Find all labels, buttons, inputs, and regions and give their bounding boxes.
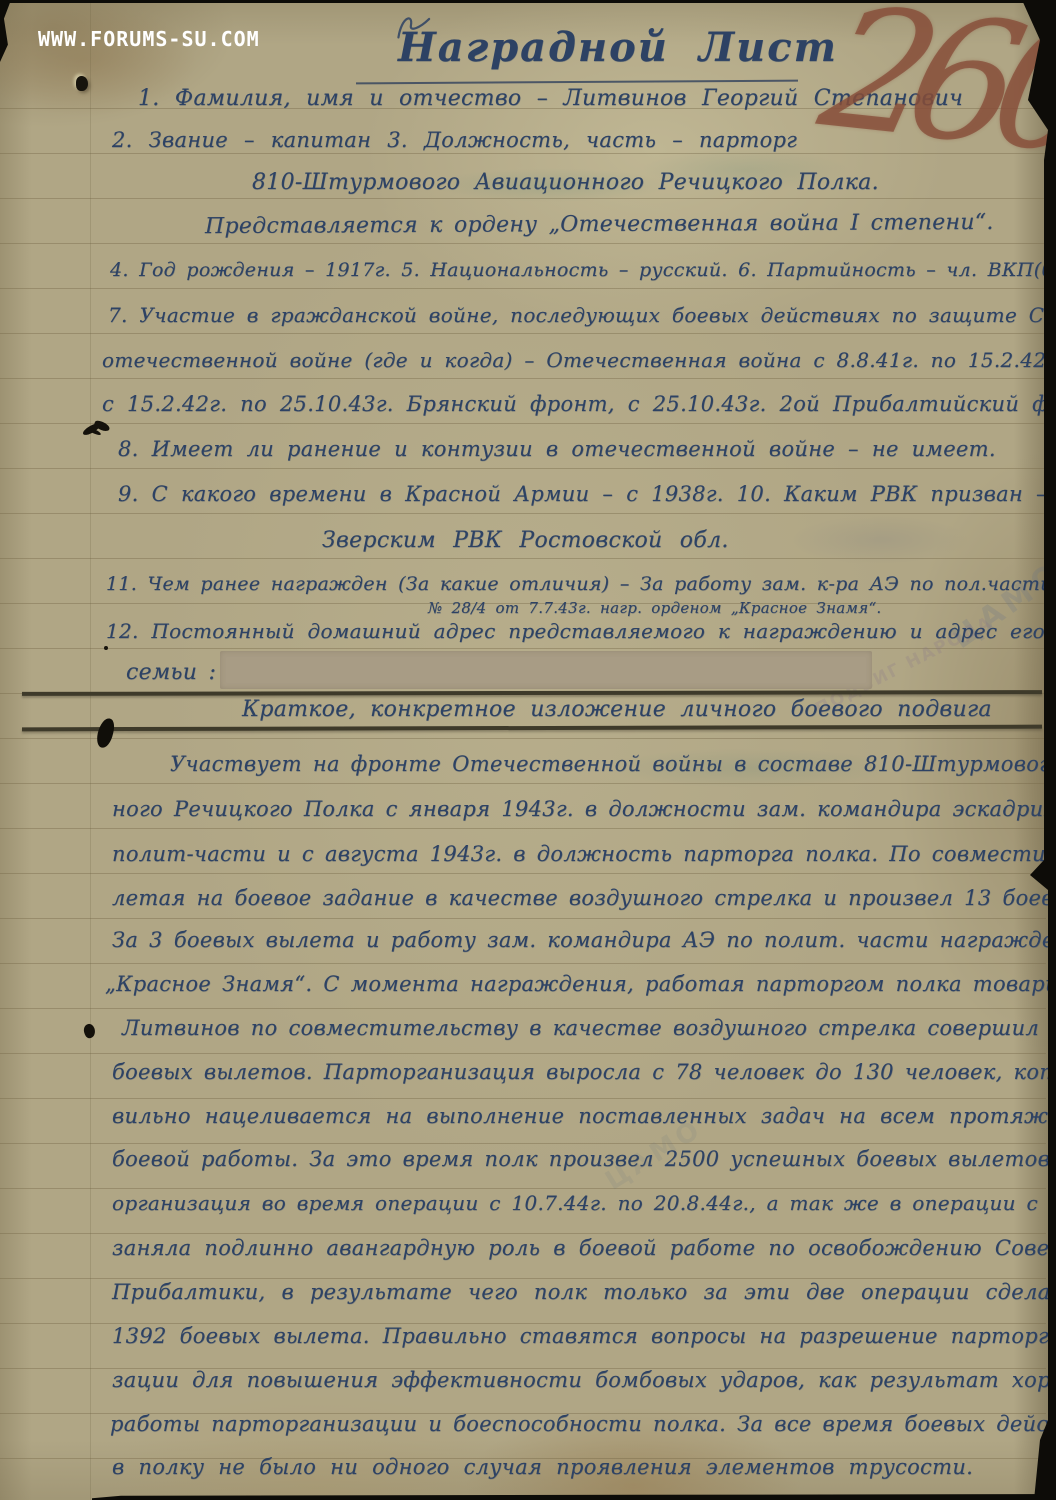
- pen-flourish-icon: [392, 9, 437, 43]
- ink-bleed-smudge: [790, 515, 970, 565]
- body-line: организация во время операции с 10.7.44г…: [112, 1191, 1056, 1215]
- body-line-main: Участвует на фронте Отечественной войны …: [170, 752, 1056, 776]
- body-line: полит-части и с августа 1943г. в должнос…: [112, 842, 1056, 866]
- redaction-box: [220, 651, 872, 689]
- form-line-war-participation: отечественной войне (где и когда) – Отеч…: [102, 348, 1056, 372]
- form-line-home-address: 12. Постоянный домашний адрес представля…: [106, 619, 1045, 643]
- form-line-birth-nationality-party: 4. Год рождения – 1917г. 5. Национальнос…: [110, 259, 1056, 281]
- body-line: зации для повышения эффективности бомбов…: [112, 1368, 1056, 1392]
- form-line-award-proposed: Представляется к ордену „Отечественная в…: [205, 210, 994, 239]
- body-line: боевых вылетов. Парторганизация выросла …: [112, 1060, 1056, 1084]
- vertical-crease: [90, 0, 91, 1500]
- body-line: в полку не было ни одного случая проявле…: [112, 1455, 973, 1479]
- form-line-wounds: 8. Имеет ли ранение и контузии в отечест…: [118, 437, 996, 461]
- form-line-rank-position: 2. Звание – капитан 3. Должность, часть …: [112, 128, 797, 152]
- form-line-war-participation: 7. Участие в гражданской войне, последую…: [108, 303, 1056, 327]
- body-line: ного Речицкого Полка с января 1943г. в д…: [112, 797, 1056, 821]
- form-line-previous-awards-note: № 28/4 от 7.7.43г. нагр. орденом „Красно…: [428, 599, 882, 617]
- body-line: Прибалтики, в результате чего полк тольк…: [112, 1280, 1056, 1304]
- ink-dot: [104, 646, 108, 650]
- body-line: Участвует на фронте Отечественной войны …: [170, 752, 1056, 776]
- document-title: Наградной Лист: [398, 24, 838, 71]
- pencil-page-number: 260: [806, 0, 1056, 190]
- source-watermark: WWW.FORUMS-SU.COM: [38, 27, 260, 51]
- form-line-enlistment-office: Зверским РВК Ростовской обл.: [322, 528, 729, 553]
- body-line: боевой работы. За это время полк произве…: [112, 1147, 1056, 1171]
- section-header: Краткое, конкретное изложение личного бо…: [242, 697, 992, 722]
- scan-edge-top: [0, 0, 1056, 3]
- form-line-family-label: семьи :: [126, 660, 216, 685]
- form-line-unit: 810-Штурмового Авиационного Речицкого По…: [252, 170, 879, 195]
- body-line: работы парторганизации и боеспособности …: [110, 1412, 1056, 1436]
- body-line: За 3 боевых вылета и работу зам. команди…: [112, 928, 1056, 952]
- body-line: летая на боевое задание в качестве возду…: [112, 886, 1056, 910]
- form-line-previous-awards: 11. Чем ранее награжден (За какие отличи…: [106, 573, 1056, 595]
- body-line: 1392 боевых вылета. Правильно ставятся в…: [112, 1324, 1056, 1348]
- form-line-service-start: 9. С какого времени в Красной Армии – с …: [118, 482, 1047, 506]
- paper-hole: [76, 76, 88, 91]
- paper-tear-mark: [80, 418, 114, 442]
- body-line: вильно нацеливается на выполнение постав…: [112, 1104, 1056, 1128]
- scanned-award-sheet: ЦАМО ПОДВИГ НАРОДА ЦАМО Наградной Лист 1…: [0, 0, 1056, 1500]
- body-line: заняла подлинно авангардную роль в боево…: [112, 1236, 1056, 1260]
- body-line: „Красное Знамя“. С момента награждения, …: [105, 972, 1056, 996]
- form-line-war-participation: с 15.2.42г. по 25.10.43г. Брянский фронт…: [102, 392, 1056, 416]
- body-line: Литвинов по совместительству в качестве …: [122, 1016, 1056, 1040]
